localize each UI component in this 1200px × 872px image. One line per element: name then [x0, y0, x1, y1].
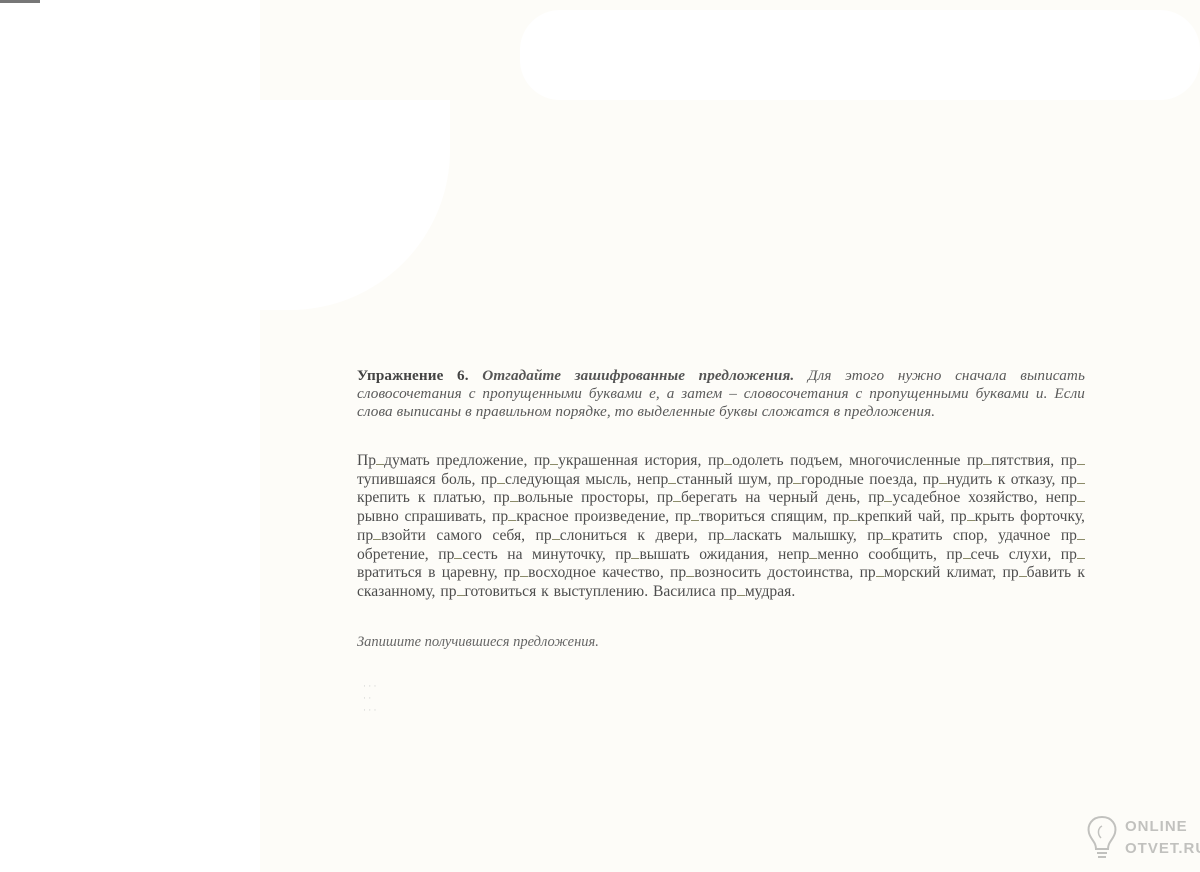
missing-letter-gap [520, 565, 528, 577]
word-phrase: прласкать малышку, [708, 527, 857, 544]
exercise-heading: Отгадайте зашифрованные предложения. [482, 367, 794, 384]
word-phrase: Прдумать предложение, [357, 452, 527, 469]
missing-letter-gap [967, 509, 975, 521]
missing-letter-gap [373, 528, 381, 540]
word-phrase: непрстанный шум, [637, 471, 772, 488]
missing-letter-gap [876, 565, 884, 577]
exercise-label: Упражнение 6. [357, 367, 469, 384]
scan-background [520, 10, 1200, 100]
word-phrase: непрменно сообщить, [778, 546, 937, 563]
word-phrase: пргородные поезда, [777, 471, 917, 488]
missing-letter-gap [1077, 528, 1085, 540]
word-phrase: првозносить достоинства, [670, 564, 853, 581]
missing-letter-gap [963, 547, 971, 559]
exercise-task: Упражнение 6. Отгадайте зашифрованные пр… [357, 367, 1085, 421]
missing-letter-gap [724, 528, 732, 540]
watermark: ONLINE OTVET.RU [1085, 812, 1200, 868]
missing-letter-gap [793, 472, 801, 484]
missing-letter-gap [884, 490, 892, 502]
word-phrase: пркрепкий чай, [833, 508, 945, 525]
missing-letter-gap [497, 472, 505, 484]
word-phrase: прберегать на черный день, [657, 489, 860, 506]
missing-letter-gap [809, 547, 817, 559]
word-phrase: прслониться к двери, [536, 527, 698, 544]
missing-letter-gap [724, 453, 732, 465]
missing-letter-gap [510, 490, 518, 502]
word-phrase: пркратить спор, удачное [867, 527, 1050, 544]
exercise-block: Упражнение 6. Отгадайте зашифрованные пр… [357, 367, 1085, 651]
word-phrase: прмудрая. [721, 583, 796, 600]
scan-edge-mark [0, 0, 40, 3]
word-phrase: пркрасное произведение, [492, 508, 669, 525]
missing-letter-gap [1077, 472, 1085, 484]
missing-letter-gap [883, 528, 891, 540]
scan-background [250, 100, 450, 310]
missing-letter-gap [691, 509, 699, 521]
missing-letter-gap [454, 547, 462, 559]
missing-letter-gap [376, 453, 384, 465]
missing-letter-gap [983, 453, 991, 465]
missing-letter-gap [849, 509, 857, 521]
word-list: Прдумать предложение, прукрашенная истор… [357, 452, 1085, 602]
word-phrase: прсесть на минуточку, [438, 546, 605, 563]
word-phrase: пркрыть форточку, [951, 508, 1085, 525]
missing-letter-gap [550, 453, 558, 465]
word-phrase: првосходное качество, [504, 564, 664, 581]
word-phrase: прследующая мысль, [481, 471, 632, 488]
scan-noise: · · ·· ·· · · [363, 680, 377, 716]
missing-letter-gap [631, 547, 639, 559]
missing-letter-gap [457, 584, 465, 596]
missing-letter-gap [1077, 547, 1085, 559]
missing-letter-gap [552, 528, 560, 540]
missing-letter-gap [1077, 453, 1085, 465]
word-phrase: прнудить к отказу, [923, 471, 1056, 488]
word-phrase: продолеть подъем, многочисленные [708, 452, 961, 469]
missing-letter-gap [673, 490, 681, 502]
missing-letter-gap [1019, 565, 1027, 577]
word-phrase: прусадебное хозяйство, [868, 489, 1037, 506]
missing-letter-gap [939, 472, 947, 484]
word-phrase: првышать ожидания, [615, 546, 768, 563]
word-phrase: прукрашенная история, [534, 452, 701, 469]
watermark-line2: OTVET.RU [1125, 840, 1200, 857]
missing-letter-gap [737, 584, 745, 596]
word-phrase: првзойти самого себя, [357, 527, 525, 544]
word-phrase: прморский климат, [860, 564, 997, 581]
missing-letter-gap [508, 509, 516, 521]
word-phrase: прготовиться к выступлению. Василиса [440, 583, 715, 600]
word-phrase: прпятствия, [967, 452, 1054, 469]
word-phrase: пртвориться спящим, [675, 508, 827, 525]
word-phrase: првольные просторы, [493, 489, 648, 506]
word-phrase: прсечь слухи, [946, 546, 1051, 563]
missing-letter-gap [686, 565, 694, 577]
final-instruction: Запишите получившиеся предложения. [357, 634, 1085, 651]
lightbulb-icon [1085, 814, 1119, 864]
missing-letter-gap [1077, 490, 1085, 502]
missing-letter-gap [668, 472, 676, 484]
watermark-line1: ONLINE [1125, 818, 1188, 835]
scan-background [130, 0, 250, 320]
